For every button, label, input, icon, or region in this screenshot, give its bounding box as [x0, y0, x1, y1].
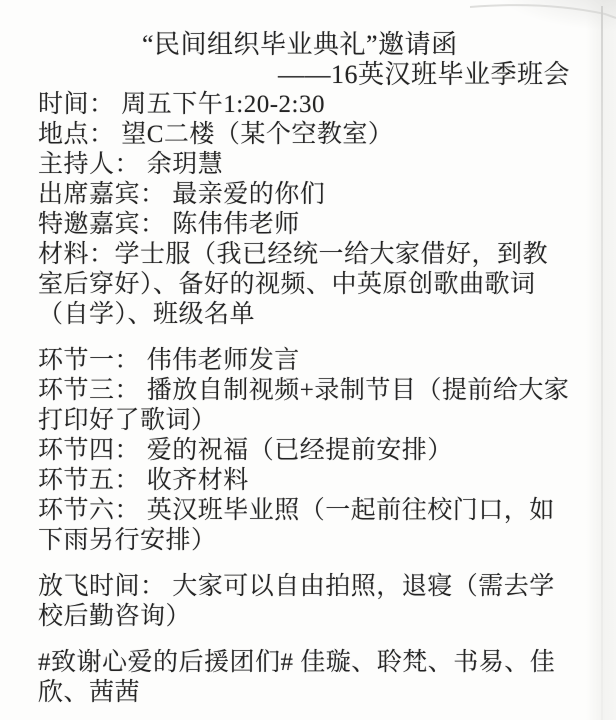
agenda-line-step4: 环节四： 爱的祝福（已经提前安排）: [38, 436, 594, 466]
agenda-line-step3-2: 打印好了歌词）: [38, 406, 594, 436]
thanks-line-2: 欣、茜茜: [38, 678, 594, 708]
agenda-line-step3-1: 环节三： 播放自制视频+录制节目（提前给大家: [38, 376, 594, 406]
thanks-section: #致谢心爱的后援团们# 佳璇、聆梵、书易、佳 欣、茜茜: [38, 648, 594, 708]
agenda-line-step6-2: 下雨另行安排）: [38, 526, 594, 556]
info-line-place: 地点： 望C二楼（某个空教室）: [38, 120, 594, 150]
info-line-host: 主持人： 余玥慧: [38, 150, 594, 180]
info-line-guests: 出席嘉宾： 最亲爱的你们: [38, 180, 594, 210]
free-time-section: 放飞时间： 大家可以自由拍照，退寝（需去学 校后勤咨询）: [38, 572, 594, 632]
document-title: “民间组织毕业典礼”邀请函: [38, 30, 594, 60]
free-time-line-2: 校后勤咨询）: [38, 602, 594, 632]
free-time-line-1: 放飞时间： 大家可以自由拍照，退寝（需去学: [38, 572, 594, 602]
invitation-document-photo: “民间组织毕业典礼”邀请函 ——16英汉班毕业季班会 时间： 周五下午1:20-…: [0, 0, 616, 720]
agenda-line-step6-1: 环节六： 英汉班毕业照（一起前往校门口，如: [38, 496, 594, 526]
thanks-line-1: #致谢心爱的后援团们# 佳璇、聆梵、书易、佳: [38, 648, 594, 678]
info-line-time: 时间： 周五下午1:20-2:30: [38, 90, 594, 120]
document-subtitle: ——16英汉班毕业季班会: [38, 60, 594, 90]
agenda-line-step5: 环节五： 收齐材料: [38, 466, 594, 496]
agenda-line-step1: 环节一： 伟伟老师发言: [38, 346, 594, 376]
info-line-special-guest: 特邀嘉宾： 陈伟伟老师: [38, 210, 594, 240]
agenda-section: 环节一： 伟伟老师发言 环节三： 播放自制视频+录制节目（提前给大家 打印好了歌…: [38, 346, 594, 556]
document-content: “民间组织毕业典礼”邀请函 ——16英汉班毕业季班会 时间： 周五下午1:20-…: [0, 0, 616, 708]
info-section: 时间： 周五下午1:20-2:30 地点： 望C二楼（某个空教室） 主持人： 余…: [38, 90, 594, 330]
info-line-materials-3: （自学）、班级名单: [38, 300, 594, 330]
info-line-materials-1: 材料：学士服（我已经统一给大家借好，到教: [38, 240, 594, 270]
info-line-materials-2: 室后穿好）、备好的视频、中英原创歌曲歌词: [38, 270, 594, 300]
